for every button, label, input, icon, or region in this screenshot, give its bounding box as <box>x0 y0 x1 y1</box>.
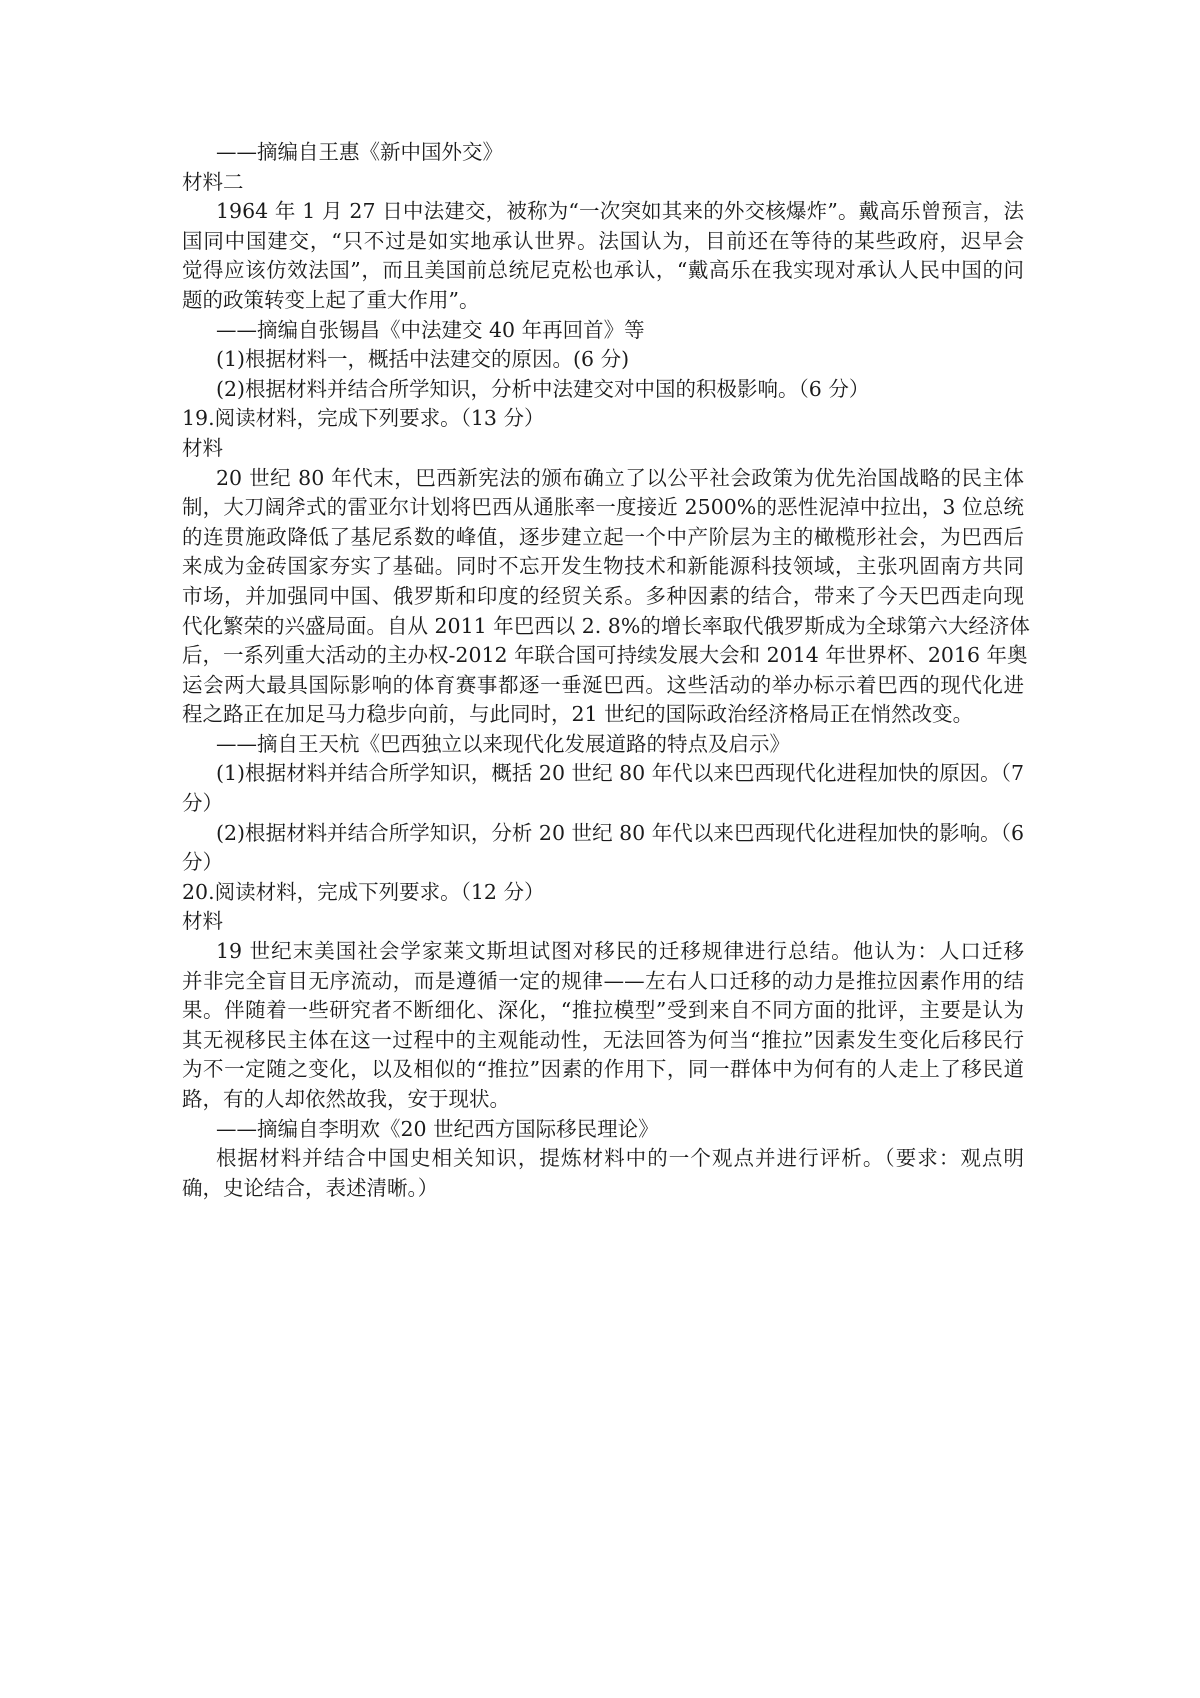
q19-subquestion-1-cont: 分） <box>182 789 1024 819</box>
q19-subquestion-2: (2)根据材料并结合所学知识，分析 20 世纪 80 年代以来巴西现代化进程加快… <box>182 819 1024 849</box>
q19-subquestion-2-cont: 分） <box>182 848 1024 878</box>
source-citation-wanghui: ——摘编自王惠《新中国外交》 <box>182 138 1024 168</box>
q19-heading: 19.阅读材料，完成下列要求。（13 分） <box>182 404 1024 434</box>
material-2-paragraph-line: 国同中国建交，“只不过是如实地承认世界。法国认为，目前还在等待的某些政府，迟早会 <box>182 227 1024 257</box>
material-2-paragraph-line: 题的政策转变上起了重大作用”。 <box>182 286 1024 316</box>
q19-paragraph-line: 来成为金砖国家夯实了基础。同时不忘开发生物技术和新能源科技领域，主张巩固南方共同 <box>182 552 1024 582</box>
q19-paragraph-line: 的连贯施政降低了基尼系数的峰值，逐步建立起一个中产阶层为主的橄榄形社会，为巴西后 <box>182 523 1024 553</box>
q19-paragraph-line: 运会两大最具国际影响的体育赛事都逐一垂涎巴西。这些活动的举办标示着巴西的现代化进 <box>182 671 1024 701</box>
q20-paragraph-line: 其无视移民主体在这一过程中的主观能动性，无法回答为何当“推拉”因素发生变化后移民… <box>182 1026 1024 1056</box>
q19-subquestion-1: (1)根据材料并结合所学知识，概括 20 世纪 80 年代以来巴西现代化进程加快… <box>182 759 1024 789</box>
material-2-paragraph-line: 1964 年 1 月 27 日中法建交，被称为“一次突如其来的外交核爆炸”。戴高… <box>182 197 1024 227</box>
q20-paragraph-line: 19 世纪末美国社会学家莱文斯坦试图对移民的迁移规律进行总结。他认为：人口迁移 <box>182 937 1024 967</box>
q20-heading: 20.阅读材料，完成下列要求。（12 分） <box>182 878 1024 908</box>
q19-paragraph-line: 代化繁荣的兴盛局面。自从 2011 年巴西以 2. 8%的增长率取代俄罗斯成为全… <box>182 612 1024 642</box>
source-citation-zhangxichang: ——摘编自张锡昌《中法建交 40 年再回首》等 <box>182 316 1024 346</box>
q20-paragraph-line: 并非完全盲目无序流动，而是遵循一定的规律——左右人口迁移的动力是推拉因素作用的结 <box>182 967 1024 997</box>
q20-material-label: 材料 <box>182 907 1024 937</box>
q20-paragraph-line: 果。伴随着一些研究者不断细化、深化，“推拉模型”受到来自不同方面的批评，主要是认… <box>182 996 1024 1026</box>
q20-task-prompt-cont: 确，史论结合，表述清晰。） <box>182 1174 1024 1204</box>
q19-material-label: 材料 <box>182 434 1024 464</box>
q19-paragraph-line: 程之路正在加足马力稳步向前，与此同时，21 世纪的国际政治经济格局正在悄然改变。 <box>182 700 1024 730</box>
q19-paragraph-line: 制，大刀阔斧式的雷亚尔计划将巴西从通胀率一度接近 2500%的恶性泥淖中拉出，3… <box>182 493 1024 523</box>
q18-subquestion-1: (1)根据材料一，概括中法建交的原因。(6 分) <box>182 345 1024 375</box>
q20-task-prompt: 根据材料并结合中国史相关知识，提炼材料中的一个观点并进行评析。（要求：观点明 <box>182 1144 1024 1174</box>
source-citation-limınghuan: ——摘编自李明欢《20 世纪西方国际移民理论》 <box>182 1115 1024 1145</box>
exam-page: ——摘编自王惠《新中国外交》 材料二 1964 年 1 月 27 日中法建交，被… <box>182 138 1024 1203</box>
q20-paragraph-line: 路，有的人却依然故我，安于现状。 <box>182 1085 1024 1115</box>
q19-paragraph-line: 20 世纪 80 年代末，巴西新宪法的颁布确立了以公平社会政策为优先治国战略的民… <box>182 464 1024 494</box>
q19-paragraph-line: 市场，并加强同中国、俄罗斯和印度的经贸关系。多种因素的结合，带来了今天巴西走向现 <box>182 582 1024 612</box>
material-2-label: 材料二 <box>182 168 1024 198</box>
material-2-paragraph-line: 觉得应该仿效法国”，而且美国前总统尼克松也承认，“戴高乐在我实现对承认人民中国的… <box>182 256 1024 286</box>
q20-paragraph-line: 为不一定随之变化，以及相似的“推拉”因素的作用下，同一群体中为何有的人走上了移民… <box>182 1055 1024 1085</box>
q18-subquestion-2: (2)根据材料并结合所学知识，分析中法建交对中国的积极影响。（6 分） <box>182 375 1024 405</box>
q19-paragraph-line: 后，一系列重大活动的主办权-2012 年联合国可持续发展大会和 2014 年世界… <box>182 641 1024 671</box>
source-citation-wangtianhang: ——摘自王天杭《巴西独立以来现代化发展道路的特点及启示》 <box>182 730 1024 760</box>
